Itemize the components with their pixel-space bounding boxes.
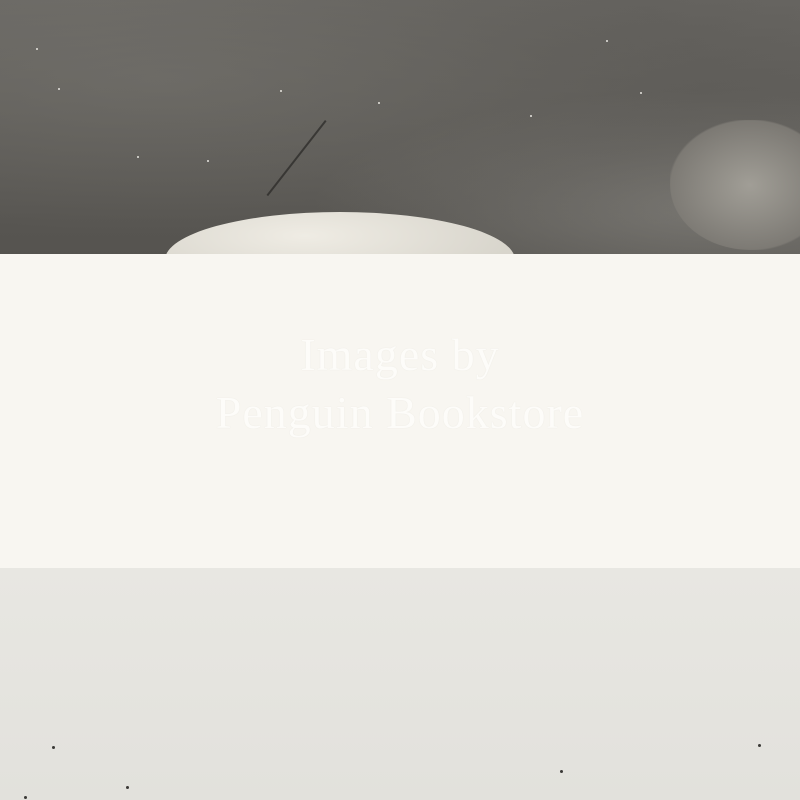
dust-speck xyxy=(137,156,139,158)
dust-speck xyxy=(530,115,532,117)
dust-speck xyxy=(36,48,38,50)
dust-speck xyxy=(207,160,209,162)
photo-subject-right xyxy=(670,120,800,250)
dust-speck xyxy=(640,92,642,94)
paper-speck xyxy=(560,770,563,773)
watermark: Images by Penguin Bookstore xyxy=(0,326,800,442)
photo-subject-light-shape xyxy=(165,212,515,258)
watermark-line-2: Penguin Bookstore xyxy=(0,384,800,442)
scratch-mark xyxy=(267,120,327,196)
paper-speck xyxy=(758,744,761,747)
watermark-line-1: Images by xyxy=(0,326,800,384)
paper-speck xyxy=(24,796,27,799)
dust-speck xyxy=(58,88,60,90)
paper-speck xyxy=(126,786,129,789)
dust-speck xyxy=(378,102,380,104)
paper-speck xyxy=(52,746,55,749)
white-mat-border: Images by Penguin Bookstore xyxy=(0,254,800,568)
dust-speck xyxy=(280,90,282,92)
vintage-photo xyxy=(0,0,800,258)
paper-backing xyxy=(0,568,800,800)
dust-speck xyxy=(606,40,608,42)
